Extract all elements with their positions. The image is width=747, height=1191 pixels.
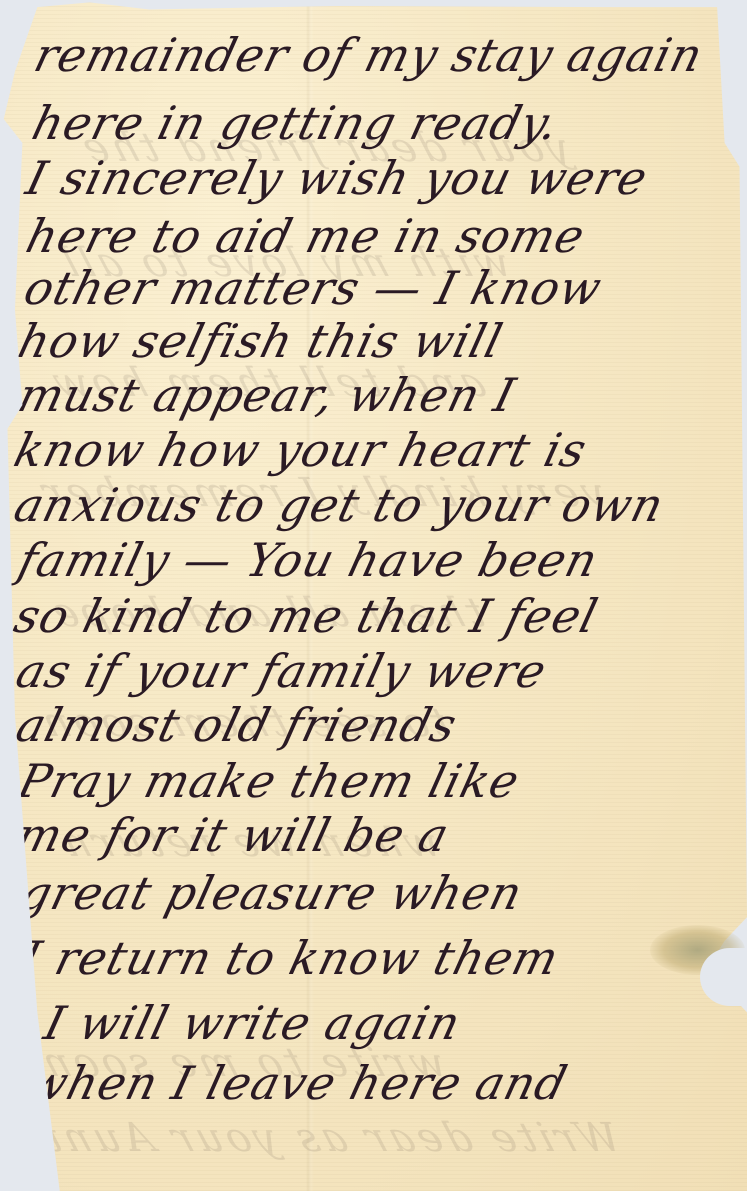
text-line: other matters — I know — [20, 265, 607, 311]
text-line: anxious to get to your own — [10, 482, 669, 528]
text-line: I sincerely wish you were — [22, 155, 652, 201]
text-line: great pleasure when — [16, 870, 527, 916]
text-line: as if your family were — [12, 648, 551, 694]
text-line: family — You have been — [14, 537, 603, 583]
text-line: here in getting ready. — [28, 100, 564, 146]
text-line: almost old friends — [12, 702, 462, 748]
text-line: here to aid me in some — [22, 213, 590, 259]
text-line: me for it will be a — [12, 812, 454, 858]
text-line: remainder of my stay again — [30, 32, 708, 78]
text-line: I return to know them — [16, 935, 564, 981]
text-line: Pray make them like — [14, 758, 524, 804]
text-line: when I leave here and — [22, 1060, 572, 1106]
text-line: so kind to me that I feel — [10, 593, 603, 639]
handwritten-text: remainder of my stay again here in getti… — [0, 0, 747, 1191]
text-line: know how your heart is — [10, 427, 592, 473]
text-line: I will write again — [40, 1000, 465, 1046]
text-line: how selfish this will — [14, 318, 507, 364]
letter-page: your dear friend the with my love to all… — [0, 0, 747, 1191]
text-line: must appear, when I — [14, 372, 520, 418]
